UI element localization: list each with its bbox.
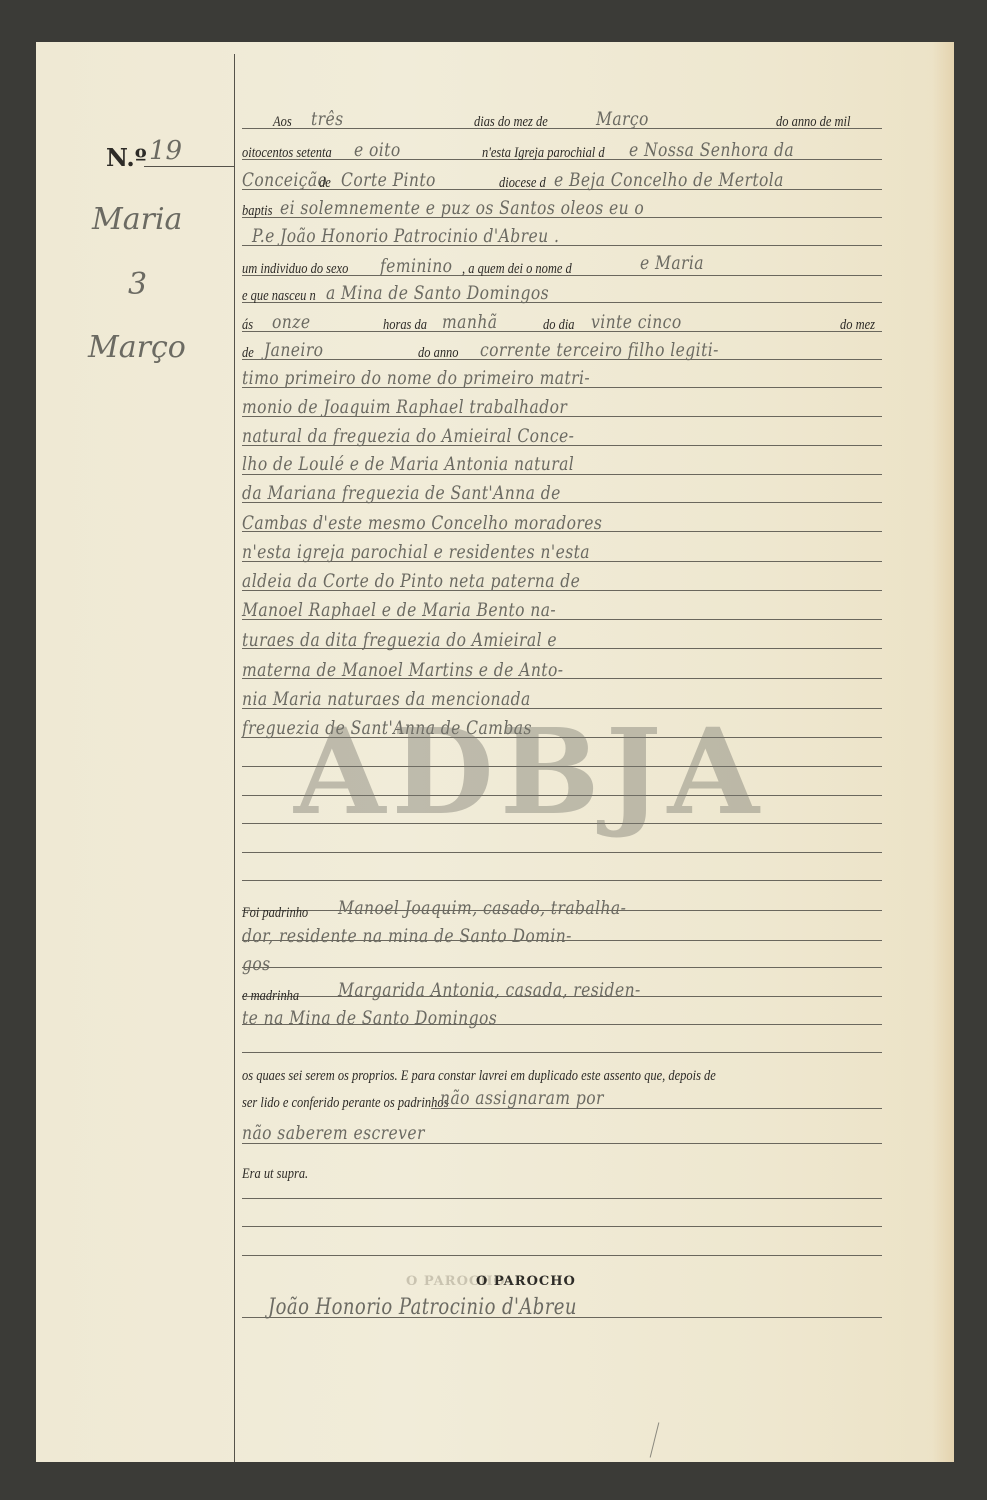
printed-text: , a quem dei o nome d: [462, 261, 572, 278]
body-line: n'esta igreja parochial e residentes n'e…: [242, 541, 590, 563]
body-line: turaes da dita freguezia do Amieiral e: [242, 629, 557, 651]
birth-month-field: Janeiro: [264, 339, 323, 361]
printed-text: Aos: [273, 114, 292, 131]
printed-text: baptis: [242, 203, 272, 220]
body-line: aldeia da Corte do Pinto neta paterna de: [242, 570, 580, 592]
rule: [242, 852, 882, 853]
printed-text: dias do mez de: [474, 114, 548, 131]
body-line: lho de Loulé e de Maria Antonia natural: [242, 453, 574, 475]
printed-text: do dia: [543, 317, 575, 334]
period-field: manhã: [442, 311, 497, 333]
signatures-note-field: não assignaram por: [440, 1087, 604, 1109]
baptism-detail-field: ei solemnemente e puz os Santos oleos eu…: [280, 197, 644, 219]
rule: [242, 1226, 882, 1227]
place-field: Corte Pinto: [341, 169, 436, 191]
printed-text: ás: [242, 317, 253, 334]
document-page: N.º 19 Maria 3 Março Aos três dias do me…: [36, 42, 954, 1462]
printed-text: de: [319, 175, 331, 192]
godmother-label: e madrinha: [242, 988, 299, 1005]
printed-text: oitocentos setenta: [242, 145, 332, 162]
body-line: Manoel Raphael e de Maria Bento na-: [242, 599, 556, 621]
archive-watermark: ADBJA: [294, 702, 765, 841]
body-line: timo primeiro do nome do primeiro matri-: [242, 367, 590, 389]
month-field: Março: [596, 108, 649, 130]
rule: [242, 1255, 882, 1256]
priest-signature: João Honorio Patrocinio d'Abreu: [268, 1295, 577, 1320]
printed-text: diocese d: [499, 175, 546, 192]
godmother-field: Margarida Antonia, casada, residen-: [338, 979, 641, 1001]
hour-field: onze: [272, 311, 310, 333]
printed-text: horas da: [383, 317, 427, 334]
rule: [242, 1052, 882, 1053]
rule: [242, 880, 882, 881]
printed-text: e que nasceu n: [242, 288, 316, 305]
closing-text: ser lido e conferido perante os padrinho…: [242, 1095, 448, 1112]
year-field: e oito: [354, 139, 401, 161]
parish-priest-title: O PAROCHO: [476, 1274, 576, 1289]
diocese-field: e Beja Concelho de Mertola: [554, 169, 784, 191]
record-number-label: N.º: [106, 143, 147, 172]
printed-text: de: [242, 345, 254, 362]
day-field: três: [311, 108, 344, 130]
body-line: natural da freguezia do Amieiral Conce-: [242, 425, 574, 447]
godfather-field: Manoel Joaquim, casado, trabalha-: [338, 897, 626, 919]
godfather-label: Foi padrinho: [242, 905, 308, 922]
margin-day: 3: [128, 267, 147, 302]
birthplace-field: a Mina de Santo Domingos: [326, 282, 549, 304]
birth-year-field: corrente terceiro filho legiti-: [480, 339, 719, 361]
body-line: da Mariana freguezia de Sant'Anna de: [242, 482, 561, 504]
parish-field-cont: Conceição: [242, 169, 327, 191]
godfather-field-cont: gos: [242, 953, 271, 975]
margin-name: Maria: [92, 202, 182, 237]
margin-month: Março: [88, 330, 186, 365]
signatures-note-field-cont: não saberem escrever: [242, 1122, 425, 1144]
sex-field: feminino: [380, 255, 452, 277]
rule: [242, 1198, 882, 1199]
closing-text: os quaes sei serem os proprios. E para c…: [242, 1068, 716, 1085]
godfather-field-cont: dor, residente na mina de Santo Domin-: [242, 925, 572, 947]
body-line: monio de Joaquim Raphael trabalhador: [242, 396, 567, 418]
rule: [242, 967, 882, 968]
era-ut-supra: Era ut supra.: [242, 1166, 308, 1183]
record-number: 19: [149, 136, 182, 166]
godmother-field-cont: te na Mina de Santo Domingos: [242, 1007, 497, 1029]
body-line: Cambas d'este mesmo Concelho moradores: [242, 512, 602, 534]
body-line: materna de Manoel Martins e de Anto-: [242, 659, 563, 681]
birth-day-field: vinte cinco: [591, 311, 682, 333]
margin-rule: [234, 54, 235, 1462]
printed-text: do anno: [418, 345, 459, 362]
printed-text: do anno de mil: [776, 114, 850, 131]
ink-mark: [650, 1422, 660, 1457]
printed-text: um individuo do sexo: [242, 261, 348, 278]
printed-text: n'esta Igreja parochial d: [482, 145, 605, 162]
child-name-field: e Maria: [640, 252, 704, 274]
priest-field: P.e João Honorio Patrocinio d'Abreu .: [252, 225, 559, 247]
parish-field: e Nossa Senhora da: [629, 139, 794, 161]
record-number-rule: [144, 166, 234, 167]
printed-text: do mez: [840, 317, 875, 334]
